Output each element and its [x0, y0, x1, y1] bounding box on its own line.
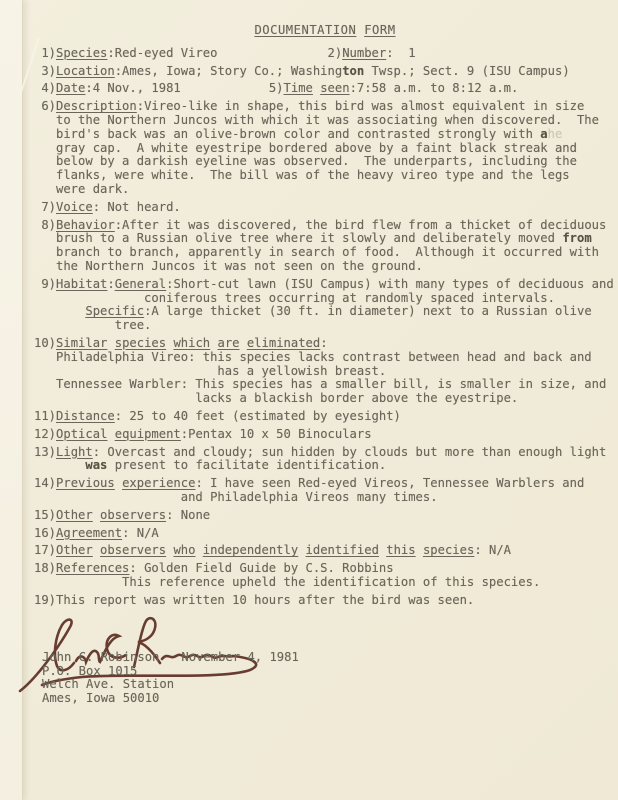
- form-line: 18)References: Golden Field Guide by C.S…: [34, 562, 616, 576]
- form-line: 4)Date:4 Nov., 1981 5)Time seen:7:58 a.m…: [34, 82, 616, 96]
- form-content: DOCUMENTATION FORM 1)Species:Red-eyed Vi…: [34, 24, 616, 769]
- form-line: flanks, were white. The bill was of the …: [34, 169, 616, 183]
- form-line: 17)Other observers who independently ide…: [34, 544, 616, 558]
- form-line: 15)Other observers: None: [34, 509, 616, 523]
- documentation-form-page: DOCUMENTATION FORM 1)Species:Red-eyed Vi…: [0, 0, 618, 800]
- form-line: 3)Location:Ames, Iowa; Story Co.; Washin…: [34, 65, 616, 79]
- form-line: 19)This report was written 10 hours afte…: [34, 594, 616, 608]
- form-line: 9)Habitat:General:Short-cut lawn (ISU Ca…: [34, 278, 616, 292]
- form-line: and Philadelphia Vireos many times.: [34, 491, 616, 505]
- signature-typed-name: John C. Robinson: [42, 650, 159, 664]
- form-title: DOCUMENTATION FORM: [34, 24, 616, 38]
- form-line: were dark.: [34, 183, 616, 197]
- form-line: 6)Description:Vireo-like in shape, this …: [34, 100, 616, 114]
- signature-address-line: Ames, Iowa 50010: [42, 692, 299, 705]
- form-line: 16)Agreement: N/A: [34, 527, 616, 541]
- form-line: Tennessee Warbler: This species has a sm…: [34, 378, 616, 392]
- signature-block: John C. RobinsonNovember 4, 1981 P.O. Bo…: [34, 609, 616, 769]
- form-line: was present to facilitate identification…: [34, 459, 616, 473]
- signature-typed-lines: John C. RobinsonNovember 4, 1981 P.O. Bo…: [42, 651, 299, 705]
- form-line: Philadelphia Vireo: this species lacks c…: [34, 351, 616, 365]
- form-body: DOCUMENTATION FORM 1)Species:Red-eyed Vi…: [34, 24, 616, 607]
- form-line: to the Northern Juncos with which it was…: [34, 114, 616, 128]
- form-line: 13)Light: Overcast and cloudy; sun hidde…: [34, 446, 616, 460]
- form-line: 14)Previous experience: I have seen Red-…: [34, 477, 616, 491]
- form-line: 1)Species:Red-eyed Vireo 2)Number: 1: [34, 47, 616, 61]
- form-line: bird's back was an olive-brown color and…: [34, 128, 616, 142]
- form-line: has a yellowish breast.: [34, 365, 616, 379]
- form-line: 8)Behavior:After it was discovered, the …: [34, 219, 616, 233]
- form-line: below by a darkish eyeline was observed.…: [34, 155, 616, 169]
- form-line: coniferous trees occurring at randomly s…: [34, 292, 616, 306]
- form-line: 7)Voice: Not heard.: [34, 201, 616, 215]
- signature-address-line: P.O. Box 1015: [42, 665, 299, 678]
- form-line: tree.: [34, 319, 616, 333]
- signature-address-line: Welch Ave. Station: [42, 678, 299, 691]
- form-line: lacks a blackish border above the eyestr…: [34, 392, 616, 406]
- form-line: brush to a Russian olive tree where it s…: [34, 232, 616, 246]
- form-line: gray cap. A white eyestripe bordered abo…: [34, 142, 616, 156]
- form-line: Specific:A large thicket (30 ft. in diam…: [34, 305, 616, 319]
- form-line: 10)Similar species which are eliminated:: [34, 337, 616, 351]
- form-line: 12)Optical equipment:Pentax 10 x 50 Bino…: [34, 428, 616, 442]
- form-line: 11)Distance: 25 to 40 feet (estimated by…: [34, 410, 616, 424]
- form-line: This reference upheld the identification…: [34, 576, 616, 590]
- signature-name-date-line: John C. RobinsonNovember 4, 1981: [42, 651, 299, 664]
- signature-date: November 4, 1981: [181, 650, 298, 664]
- form-line: branch to branch, apparently in search o…: [34, 246, 616, 260]
- scanned-document-page: { "colors":{"paper":"#f1ecda","ink":"#6c…: [0, 0, 618, 800]
- form-line: the Northern Juncos it was not seen on t…: [34, 260, 616, 274]
